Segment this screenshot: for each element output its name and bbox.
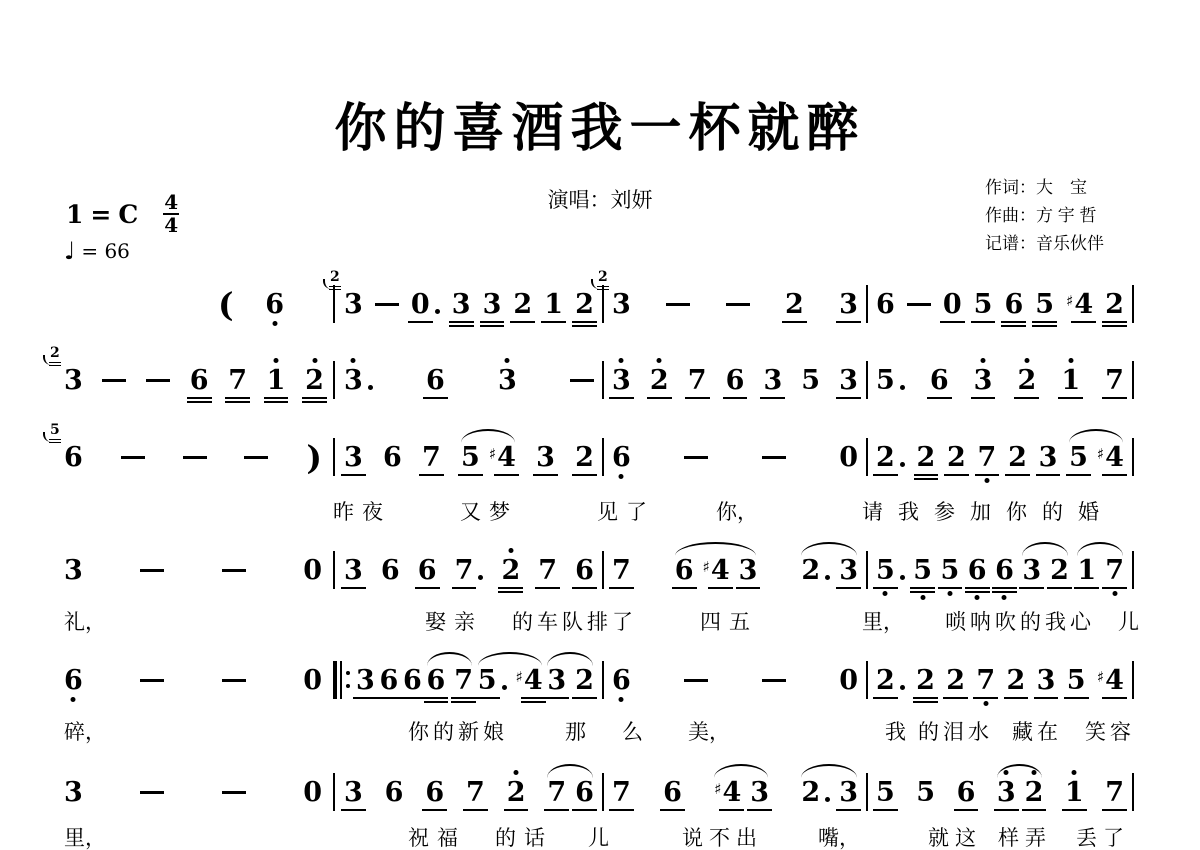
note: 6 [381, 557, 400, 584]
lyric: 儿 [588, 822, 609, 850]
note: 6 [1004, 291, 1023, 318]
slur-group: 32 [997, 779, 1044, 806]
beam-underline [1102, 321, 1127, 323]
octave-dot-above [981, 358, 986, 363]
beam-underline [419, 474, 444, 476]
note: 3 [344, 444, 363, 471]
beam-underline [572, 697, 597, 699]
beam-underline [408, 321, 433, 323]
beam-underline [498, 587, 523, 589]
duration-dash [140, 679, 164, 682]
beam-underline [873, 697, 898, 699]
beam-underline [341, 587, 366, 589]
beam-underline [965, 587, 990, 589]
note: 5 [876, 779, 895, 806]
beam-underline [1066, 474, 1091, 476]
barline [602, 438, 604, 476]
beam-underline [1064, 697, 1089, 699]
lyric: 碎， [64, 716, 106, 746]
note: 5 [913, 557, 932, 584]
note: ♯4 [489, 444, 516, 471]
beam-underline [1102, 474, 1127, 476]
note: 2 [785, 291, 804, 318]
barline [1132, 438, 1134, 476]
octave-dot-below [920, 595, 925, 600]
beam-underline [992, 591, 1017, 593]
note: 7 [976, 667, 995, 694]
note: 5 [478, 667, 507, 694]
augmentation-dot [502, 685, 507, 690]
octave-dot-above [505, 358, 510, 363]
note: 2 [507, 779, 526, 806]
note: 3 [763, 367, 782, 394]
octave-dot-below [619, 474, 624, 479]
beam-underline [1032, 325, 1057, 327]
beam-underline [938, 587, 963, 589]
beam-underline [1102, 587, 1127, 589]
beam-underline [400, 697, 425, 699]
note: 2 [916, 667, 935, 694]
octave-dot-above [274, 358, 279, 363]
beam-underline [452, 587, 477, 589]
note: 6 [190, 367, 209, 394]
note: 7 [422, 444, 441, 471]
note: 6 [380, 667, 399, 694]
beam-underline [723, 397, 748, 399]
lyric: 又梦 [460, 496, 518, 526]
octave-dot-above [1032, 770, 1037, 775]
beam-underline [1047, 587, 1072, 589]
beam-underline [1001, 321, 1026, 323]
note: 7 [538, 557, 557, 584]
beam-underline [572, 474, 597, 476]
beam-underline [609, 587, 634, 589]
beam-underline [914, 474, 939, 476]
open-parenthesis: ( [218, 288, 234, 321]
lyric: 说不出 [682, 822, 763, 850]
close-parenthesis: ) [306, 441, 322, 474]
slur-arc [427, 652, 473, 666]
augmentation-dot [900, 385, 905, 390]
duration-dash [762, 456, 786, 459]
beam-underline [971, 321, 996, 323]
grace-note: 2 [330, 270, 340, 284]
note: 2 [513, 291, 532, 318]
note: 0 [303, 667, 322, 694]
beam-underline [422, 809, 447, 811]
beam-underline [927, 397, 952, 399]
note: 2 [501, 557, 520, 584]
note: 1 [267, 367, 286, 394]
beam-underline [965, 591, 990, 593]
octave-dot-above [619, 358, 624, 363]
measure: 76♯4323 [612, 550, 858, 590]
beam-underline [1058, 397, 1083, 399]
note: 3 [997, 779, 1016, 806]
note: 1 [544, 291, 563, 318]
octave-dot-above [351, 358, 356, 363]
note: 1 [1065, 779, 1084, 806]
slur-group: ♯43 [714, 779, 769, 806]
note: 2 [575, 291, 594, 318]
note: 3 [839, 291, 858, 318]
augmentation-dot [478, 575, 483, 580]
lyric: 就这 [928, 822, 982, 850]
note: 2 [1007, 667, 1026, 694]
beam-underline [685, 397, 710, 399]
note: 3 [344, 557, 363, 584]
measure: 56) [64, 437, 322, 477]
augmentation-dot [825, 575, 830, 580]
duration-dash [140, 569, 164, 572]
beam-underline [572, 321, 597, 323]
lyric: 么 [622, 716, 643, 746]
note: 2 [876, 667, 905, 694]
measure: 3667276 [344, 550, 594, 590]
note: 3 [536, 444, 555, 471]
note: 6 [675, 557, 694, 584]
note: 3 [452, 291, 471, 318]
octave-dot-below [272, 321, 277, 326]
note: 5 [941, 557, 960, 584]
note: 5 [876, 367, 905, 394]
barline [333, 551, 335, 589]
note: 2 [876, 444, 905, 471]
note: 7 [1105, 779, 1124, 806]
note: 3 [64, 557, 83, 584]
octave-dot-below [71, 697, 76, 702]
lyric: 礼， [64, 606, 106, 636]
octave-dot-above [1004, 770, 1009, 775]
sharp-icon: ♯ [516, 670, 523, 685]
beam-underline [782, 321, 807, 323]
augmentation-dot [368, 385, 373, 390]
barline [866, 661, 868, 699]
beam-underline [1071, 321, 1096, 323]
beam-underline [225, 401, 250, 403]
grace-hook [323, 279, 332, 289]
duration-dash [684, 679, 708, 682]
duration-dash [907, 303, 931, 306]
repeat-dot [346, 684, 350, 688]
note: 7 [547, 779, 566, 806]
measure: 76♯4323 [612, 772, 858, 812]
beam-underline [609, 397, 634, 399]
beam-underline [1022, 809, 1047, 811]
barline [602, 285, 604, 323]
beam-underline [302, 397, 327, 399]
barline [333, 361, 335, 399]
note: 5 [801, 367, 820, 394]
note: 3 [483, 291, 502, 318]
note: 0 [839, 667, 858, 694]
barline [1132, 661, 1134, 699]
beam-underline [504, 809, 529, 811]
beam-underline [264, 397, 289, 399]
beam-underline [836, 809, 861, 811]
note: 1 [1077, 557, 1096, 584]
lyric: 见了 [597, 496, 655, 526]
beam-underline [187, 401, 212, 403]
note: 2 [946, 667, 965, 694]
beam-underline [914, 478, 939, 480]
slur-group: 23 [801, 557, 858, 584]
beam-underline [572, 325, 597, 327]
lyric: 丢了 [1076, 822, 1130, 850]
augmentation-dot [900, 462, 905, 467]
duration-dash [146, 379, 170, 382]
barline [333, 285, 335, 323]
note: 2 [801, 557, 830, 584]
note: 1 [1061, 367, 1080, 394]
octave-dot-below [983, 701, 988, 706]
slur-arc [1069, 429, 1123, 443]
beam-underline [341, 474, 366, 476]
measure: 2227235♯4 [876, 660, 1124, 700]
barline [333, 438, 335, 476]
note: 3 [739, 557, 758, 584]
beam-underline [1102, 397, 1127, 399]
note: 23 [612, 291, 631, 318]
sharp-icon: ♯ [703, 560, 710, 575]
beam-underline [1102, 325, 1127, 327]
beam-underline [463, 809, 488, 811]
note: 6 [64, 667, 83, 694]
slur-arc [675, 542, 757, 556]
note: 7 [228, 367, 247, 394]
augmentation-dot [900, 685, 905, 690]
slur-group: 5♯4 [1069, 444, 1124, 471]
duration-dash [762, 679, 786, 682]
beam-underline [1004, 697, 1029, 699]
note: 6 [930, 367, 949, 394]
lyric: 你的新娘 [408, 716, 508, 746]
note: ♯4 [1097, 667, 1124, 694]
beam-underline [940, 321, 965, 323]
grace-note: 2 [50, 346, 60, 360]
measure: 555663217 [876, 550, 1124, 590]
measure: 60 [64, 660, 322, 700]
beam-underline [451, 697, 476, 699]
slur-arc [547, 652, 593, 666]
beam-underline [913, 701, 938, 703]
augmentation-dot [900, 575, 905, 580]
lyric: 唢呐吹的我心 [945, 606, 1095, 636]
grace-hook [43, 432, 52, 442]
beam-underline [458, 474, 483, 476]
lyric: 我 [885, 716, 906, 746]
note: 5 [974, 291, 993, 318]
repeat-barline-thin [340, 661, 342, 699]
octave-dot-below [984, 478, 989, 483]
beam-underline [647, 397, 672, 399]
beam-underline [451, 701, 476, 703]
lyric: 的车队排了 [512, 606, 637, 636]
note: 0 [411, 291, 440, 318]
lyric: 四五 [700, 606, 758, 636]
note: ♯4 [1097, 444, 1124, 471]
note: 6 [663, 779, 682, 806]
beam-underline [544, 809, 569, 811]
beam-underline [415, 587, 440, 589]
note: 3 [64, 779, 83, 806]
beam-underline [341, 809, 366, 811]
measure: 60565♯42 [876, 284, 1124, 324]
note: 3 [974, 367, 993, 394]
measure: 3667276 [344, 772, 594, 812]
beam-underline [449, 325, 474, 327]
lyric: 请我参加你的婚 [862, 496, 1114, 526]
note: 3 [839, 557, 858, 584]
note: 6 [575, 779, 594, 806]
lyric: 儿 [1118, 606, 1139, 636]
note: 3 [750, 779, 769, 806]
note: 2 [575, 667, 594, 694]
beam-underline [480, 321, 505, 323]
measure: 3675♯432 [344, 437, 594, 477]
duration-dash [102, 379, 126, 382]
slur-group: 5♯4 [461, 444, 516, 471]
note: 6 [427, 667, 446, 694]
grace-note: 2 [598, 270, 608, 284]
slur-arc [547, 764, 593, 778]
beam-underline [836, 397, 861, 399]
note: 23 [344, 291, 363, 318]
score-area: (623033212232360565♯42236712363327635356… [0, 0, 1200, 850]
augmentation-dot [825, 797, 830, 802]
note: 0 [943, 291, 962, 318]
beam-underline [1034, 697, 1059, 699]
note: 6 [957, 779, 976, 806]
octave-dot-above [1072, 770, 1077, 775]
duration-dash [222, 791, 246, 794]
note: 0 [303, 779, 322, 806]
octave-dot-above [312, 358, 317, 363]
octave-dot-below [975, 595, 980, 600]
beam-underline [541, 321, 566, 323]
beam-underline [572, 587, 597, 589]
note: 6 [995, 557, 1014, 584]
barline [1132, 361, 1134, 399]
octave-dot-below [619, 697, 624, 702]
measure: 2227235♯4 [876, 437, 1124, 477]
sharp-icon: ♯ [1097, 670, 1104, 685]
slur-group: 5♯4 [478, 667, 543, 694]
beam-underline [1032, 321, 1057, 323]
note: 56 [64, 444, 83, 471]
beam-underline [747, 809, 772, 811]
note: 5 [876, 557, 905, 584]
beam-underline [873, 809, 898, 811]
beam-underline [533, 474, 558, 476]
duration-dash [375, 303, 399, 306]
note: 7 [978, 444, 997, 471]
beam-underline [836, 587, 861, 589]
beam-underline [760, 397, 785, 399]
beam-underline [521, 697, 546, 699]
barline [602, 773, 604, 811]
note: 2 [1105, 291, 1124, 318]
duration-dash [666, 303, 690, 306]
beam-underline [672, 587, 697, 589]
note: 7 [454, 667, 473, 694]
beam-underline [1005, 474, 1030, 476]
duration-dash [570, 379, 594, 382]
slur-arc [1077, 542, 1123, 556]
note: 7 [612, 779, 631, 806]
beam-underline [1019, 587, 1044, 589]
note: 7 [455, 557, 484, 584]
octave-dot-above [508, 548, 513, 553]
beam-underline [424, 697, 449, 699]
beam-underline [873, 474, 898, 476]
octave-dot-above [1068, 358, 1073, 363]
beam-underline [264, 401, 289, 403]
note: 6 [575, 557, 594, 584]
note: 2 [1025, 779, 1044, 806]
beam-underline [510, 321, 535, 323]
note: 6 [385, 779, 404, 806]
barline [602, 361, 604, 399]
beam-underline [708, 587, 733, 589]
measure: 363 [344, 360, 594, 400]
beam-underline [1062, 809, 1087, 811]
beam-underline [572, 809, 597, 811]
note: 3 [498, 367, 517, 394]
barline [866, 361, 868, 399]
lyric: 美， [688, 716, 730, 746]
beam-underline [660, 809, 685, 811]
slur-group: 23 [801, 779, 858, 806]
beam-underline [954, 809, 979, 811]
sharp-icon: ♯ [489, 447, 496, 462]
note: ♯4 [714, 779, 741, 806]
note: 6 [876, 291, 895, 318]
note: 6 [612, 667, 631, 694]
beam-underline [1001, 325, 1026, 327]
measure: (6 [218, 284, 284, 324]
note: ♯4 [703, 557, 730, 584]
note: 6 [418, 557, 437, 584]
octave-dot-above [657, 358, 662, 363]
beam-underline [992, 587, 1017, 589]
slur-group: 67 [427, 667, 474, 694]
beam-underline [423, 397, 448, 399]
lyric: 嘴， [818, 822, 860, 850]
note: 3 [612, 367, 631, 394]
lyric: 那 [565, 716, 586, 746]
octave-dot-above [514, 770, 519, 775]
note: 2 [305, 367, 324, 394]
note: 0 [839, 444, 858, 471]
measure: 3276353 [612, 360, 858, 400]
note: 5 [1067, 667, 1086, 694]
lyric: 娶亲 [425, 606, 483, 636]
beam-underline [973, 697, 998, 699]
barline [602, 661, 604, 699]
slur-group: 32 [1022, 557, 1069, 584]
slur-arc [714, 764, 768, 778]
octave-dot-below [1002, 595, 1007, 600]
note: 2 [1017, 367, 1036, 394]
beam-underline [544, 697, 569, 699]
duration-dash [183, 456, 207, 459]
beam-underline [719, 809, 744, 811]
note: 3 [1022, 557, 1041, 584]
octave-dot-above [1024, 358, 1029, 363]
beam-underline [494, 474, 519, 476]
duration-dash [244, 456, 268, 459]
